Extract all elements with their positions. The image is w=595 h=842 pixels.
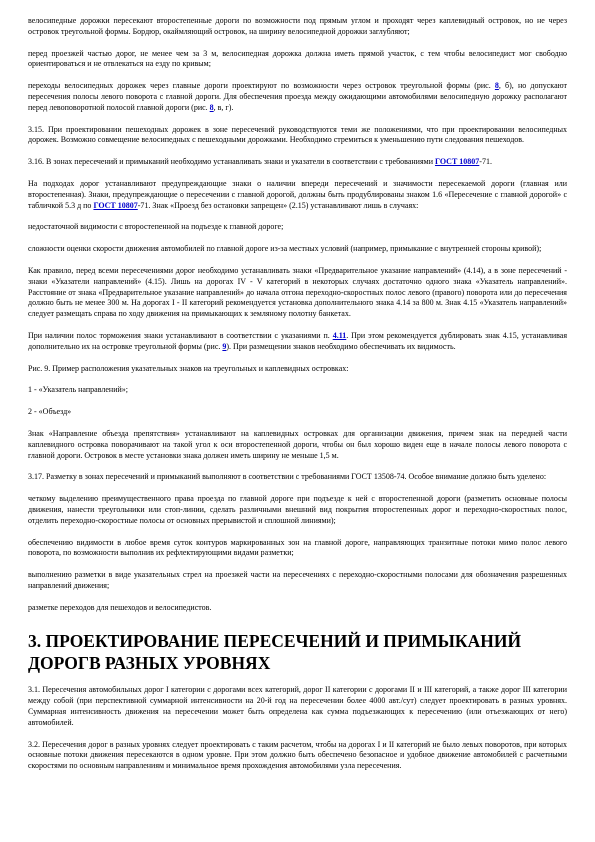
paragraph: На подходах дорог устанавливают предупре… <box>28 179 567 211</box>
paragraph: 3.16. В зонах пересечений и примыканий н… <box>28 157 567 168</box>
paragraph: 3.1. Пересечения автомобильных дорог I к… <box>28 685 567 728</box>
document-body: велосипедные дорожки пересекают второсте… <box>0 0 595 793</box>
text-run: перед проезжей частью дорог, не менее че… <box>28 49 567 69</box>
text-run: Рис. 9. Пример расположения указательных… <box>28 364 348 373</box>
text-run: 1 - «Указатель направлений»; <box>28 385 128 394</box>
paragraph: сложности оценки скорости движения автом… <box>28 244 567 255</box>
paragraph: обеспечению видимости в любое время суто… <box>28 538 567 560</box>
text-run: 3.17. Разметку в зонах пересечений и при… <box>28 472 546 481</box>
text-run: , в, г). <box>214 103 234 112</box>
inline-link[interactable]: ГОСТ 10807 <box>435 157 479 166</box>
paragraph: 3.2. Пересечения дорог в разных уровнях … <box>28 740 567 772</box>
text-run: выполнению разметки в виде указательных … <box>28 570 567 590</box>
paragraph: Знак «Направление объезда препятствия» у… <box>28 429 567 461</box>
paragraph: 2 - «Объезд» <box>28 407 567 418</box>
paragraph: перед проезжей частью дорог, не менее че… <box>28 49 567 71</box>
text-run: ). При размещении знаков необходимо обес… <box>226 342 455 351</box>
paragraph: При наличии полос торможения знаки устан… <box>28 331 567 353</box>
paragraph: переходы велосипедных дорожек через глав… <box>28 81 567 113</box>
paragraph: недостаточной видимости с второстепенной… <box>28 222 567 233</box>
text-run: 3.16. В зонах пересечений и примыканий н… <box>28 157 435 166</box>
text-run: Как правило, перед всеми пересечениями д… <box>28 266 567 318</box>
text-run: переходы велосипедных дорожек через глав… <box>28 81 495 90</box>
text-run: 3.15. При проектировании пешеходных доро… <box>28 125 567 145</box>
text-run: -71. Знак «Проезд без остановки запрещен… <box>138 201 419 210</box>
paragraph: 3.17. Разметку в зонах пересечений и при… <box>28 472 567 483</box>
text-run: 3.1. Пересечения автомобильных дорог I к… <box>28 685 567 726</box>
text-run: Знак «Направление объезда препятствия» у… <box>28 429 567 460</box>
paragraph: Рис. 9. Пример расположения указательных… <box>28 364 567 375</box>
paragraph: четкому выделению преимущественного прав… <box>28 494 567 526</box>
text-run: 3.2. Пересечения дорог в разных уровнях … <box>28 740 567 771</box>
text-run: сложности оценки скорости движения автом… <box>28 244 541 253</box>
section-heading: 3. ПРОЕКТИРОВАНИЕ ПЕРЕСЕЧЕНИЙ И ПРИМЫКАН… <box>28 630 567 674</box>
text-run: разметке переходов для пешеходов и велос… <box>28 603 211 612</box>
paragraph: Как правило, перед всеми пересечениями д… <box>28 266 567 320</box>
text-run: -71. <box>479 157 492 166</box>
paragraph: выполнению разметки в виде указательных … <box>28 570 567 592</box>
text-run: четкому выделению преимущественного прав… <box>28 494 567 525</box>
text-run: недостаточной видимости с второстепенной… <box>28 222 283 231</box>
paragraph: разметке переходов для пешеходов и велос… <box>28 603 567 614</box>
inline-link[interactable]: 4.11 <box>333 331 347 340</box>
text-run: велосипедные дорожки пересекают второсте… <box>28 16 567 36</box>
paragraph: велосипедные дорожки пересекают второсте… <box>28 16 567 38</box>
document-page: { "page": { "background_color": "#ffffff… <box>0 0 595 842</box>
text-run: обеспечению видимости в любое время суто… <box>28 538 567 558</box>
text-run: 2 - «Объезд» <box>28 407 71 416</box>
paragraph: 3.15. При проектировании пешеходных доро… <box>28 125 567 147</box>
paragraph: 1 - «Указатель направлений»; <box>28 385 567 396</box>
inline-link[interactable]: ГОСТ 10807 <box>93 201 137 210</box>
text-run: При наличии полос торможения знаки устан… <box>28 331 333 340</box>
